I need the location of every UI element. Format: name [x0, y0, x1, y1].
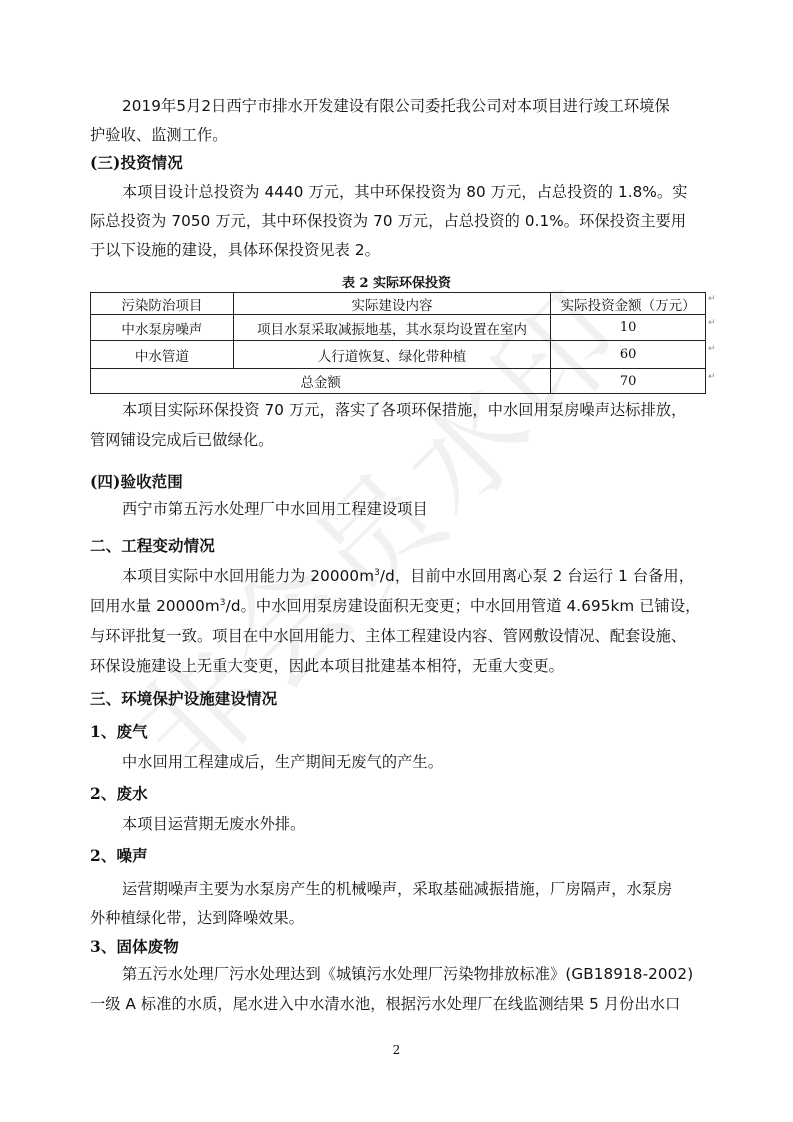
text-segment: /d，目前中水回用离心泵 2 台运行 1 台备用，	[380, 567, 694, 585]
change-paragraph-line-2: 回用水量 20000m3/d。中水回用泵房建设面积无变更；中水回用管道 4.69…	[90, 596, 710, 616]
table-cell: 10	[551, 315, 706, 341]
intro-paragraph-line-1: 2019年5月2日西宁市排水开发建设有限公司委托我公司对本项目进行竣工环境保	[122, 96, 742, 116]
document-page: 非会员水印 2019年5月2日西宁市排水开发建设有限公司委托我公司对本项目进行竣…	[0, 0, 793, 1122]
table-header-cell: 实际建设内容	[233, 293, 550, 315]
table-caption: 表 2 实际环保投资	[0, 272, 793, 291]
intro-paragraph-line-2: 护验收、监测工作。	[90, 125, 710, 145]
table-header-row: 污染防治项目 实际建设内容 实际投资金额（万元）	[91, 293, 706, 315]
table-total-label: 总金额	[91, 369, 551, 394]
table-header-cell: 污染防治项目	[91, 293, 234, 315]
table-cell: 中水泵房噪声	[91, 315, 234, 341]
table-row: 中水泵房噪声 项目水泵采取减振地基，其水泵均设置在室内 10	[91, 315, 706, 341]
table-cell: 人行道恢复、绿化带种植	[233, 341, 550, 369]
table-cell: 60	[551, 341, 706, 369]
paragraph-mark-icon: ↵	[708, 372, 716, 382]
change-paragraph-line-1: 本项目实际中水回用能力为 20000m3/d，目前中水回用离心泵 2 台运行 1…	[122, 566, 742, 586]
text-segment: /d。中水回用泵房建设面积无变更；中水回用管道 4.695km 已铺设，	[226, 597, 701, 615]
solid-waste-paragraph-line-2: 一级 A 标准的水质，尾水进入中水清水池，根据污水处理厂在线监测结果 5 月份出…	[90, 994, 710, 1014]
waste-gas-text: 中水回用工程建成后，生产期间无废气的产生。	[122, 752, 742, 772]
waste-water-heading: 2、废水	[90, 784, 710, 804]
scope-heading: (四)验收范围	[90, 472, 710, 492]
solid-waste-paragraph-line-1: 第五污水处理厂污水处理达到《城镇污水处理厂污染物排放标准》(GB18918-20…	[122, 964, 742, 984]
paragraph-mark-icon: ↵	[708, 344, 716, 354]
paragraph-mark-icon: ↵	[708, 318, 716, 328]
table-total-value: 70	[551, 369, 706, 394]
solid-waste-heading: 3、固体废物	[90, 937, 710, 957]
table-cell: 中水管道	[91, 341, 234, 369]
waste-water-text: 本项目运营期无废水外排。	[122, 814, 742, 834]
investment-paragraph-line-1: 本项目设计总投资为 4440 万元，其中环保投资为 80 万元，占总投资的 1.…	[122, 182, 742, 202]
investment-paragraph-line-3: 于以下设施的建设，具体环保投资见表 2。	[90, 240, 710, 260]
text-segment: 回用水量 20000m	[90, 597, 220, 615]
noise-paragraph-line-1: 运营期噪声主要为水泵房产生的机械噪声，采取基础减振措施，厂房隔声，水泵房	[122, 879, 742, 899]
change-heading: 二、工程变动情况	[90, 536, 710, 556]
table-header-cell: 实际投资金额（万元）	[551, 293, 706, 315]
investment-heading: (三)投资情况	[90, 153, 710, 173]
scope-text: 西宁市第五污水处理厂中水回用工程建设项目	[122, 499, 742, 519]
env-protection-heading: 三、环境保护设施建设情况	[90, 689, 710, 709]
table-row: 中水管道 人行道恢复、绿化带种植 60	[91, 341, 706, 369]
noise-paragraph-line-2: 外种植绿化带，达到降噪效果。	[90, 908, 710, 928]
investment-paragraph-line-2: 际总投资为 7050 万元，其中环保投资为 70 万元，占总投资的 0.1%。环…	[90, 211, 710, 231]
investment-table: 污染防治项目 实际建设内容 实际投资金额（万元） 中水泵房噪声 项目水泵采取减振…	[90, 292, 706, 394]
paragraph-mark-icon: ↵	[708, 294, 716, 304]
noise-heading: 2、噪声	[90, 846, 710, 866]
table-cell: 项目水泵采取减振地基，其水泵均设置在室内	[233, 315, 550, 341]
change-paragraph-line-3: 与环评批复一致。项目在中水回用能力、主体工程建设内容、管网敷设情况、配套设施、	[90, 626, 710, 646]
page-number: 2	[0, 1043, 793, 1057]
after-table-paragraph-line-2: 管网铺设完成后已做绿化。	[90, 430, 710, 450]
text-segment: 本项目实际中水回用能力为 20000m	[122, 567, 374, 585]
table-total-row: 总金额 70	[91, 369, 706, 394]
change-paragraph-line-4: 环保设施建设上无重大变更，因此本项目批建基本相符，无重大变更。	[90, 656, 710, 676]
after-table-paragraph-line-1: 本项目实际环保投资 70 万元，落实了各项环保措施，中水回用泵房噪声达标排放，	[122, 400, 742, 420]
waste-gas-heading: 1、废气	[90, 722, 710, 742]
